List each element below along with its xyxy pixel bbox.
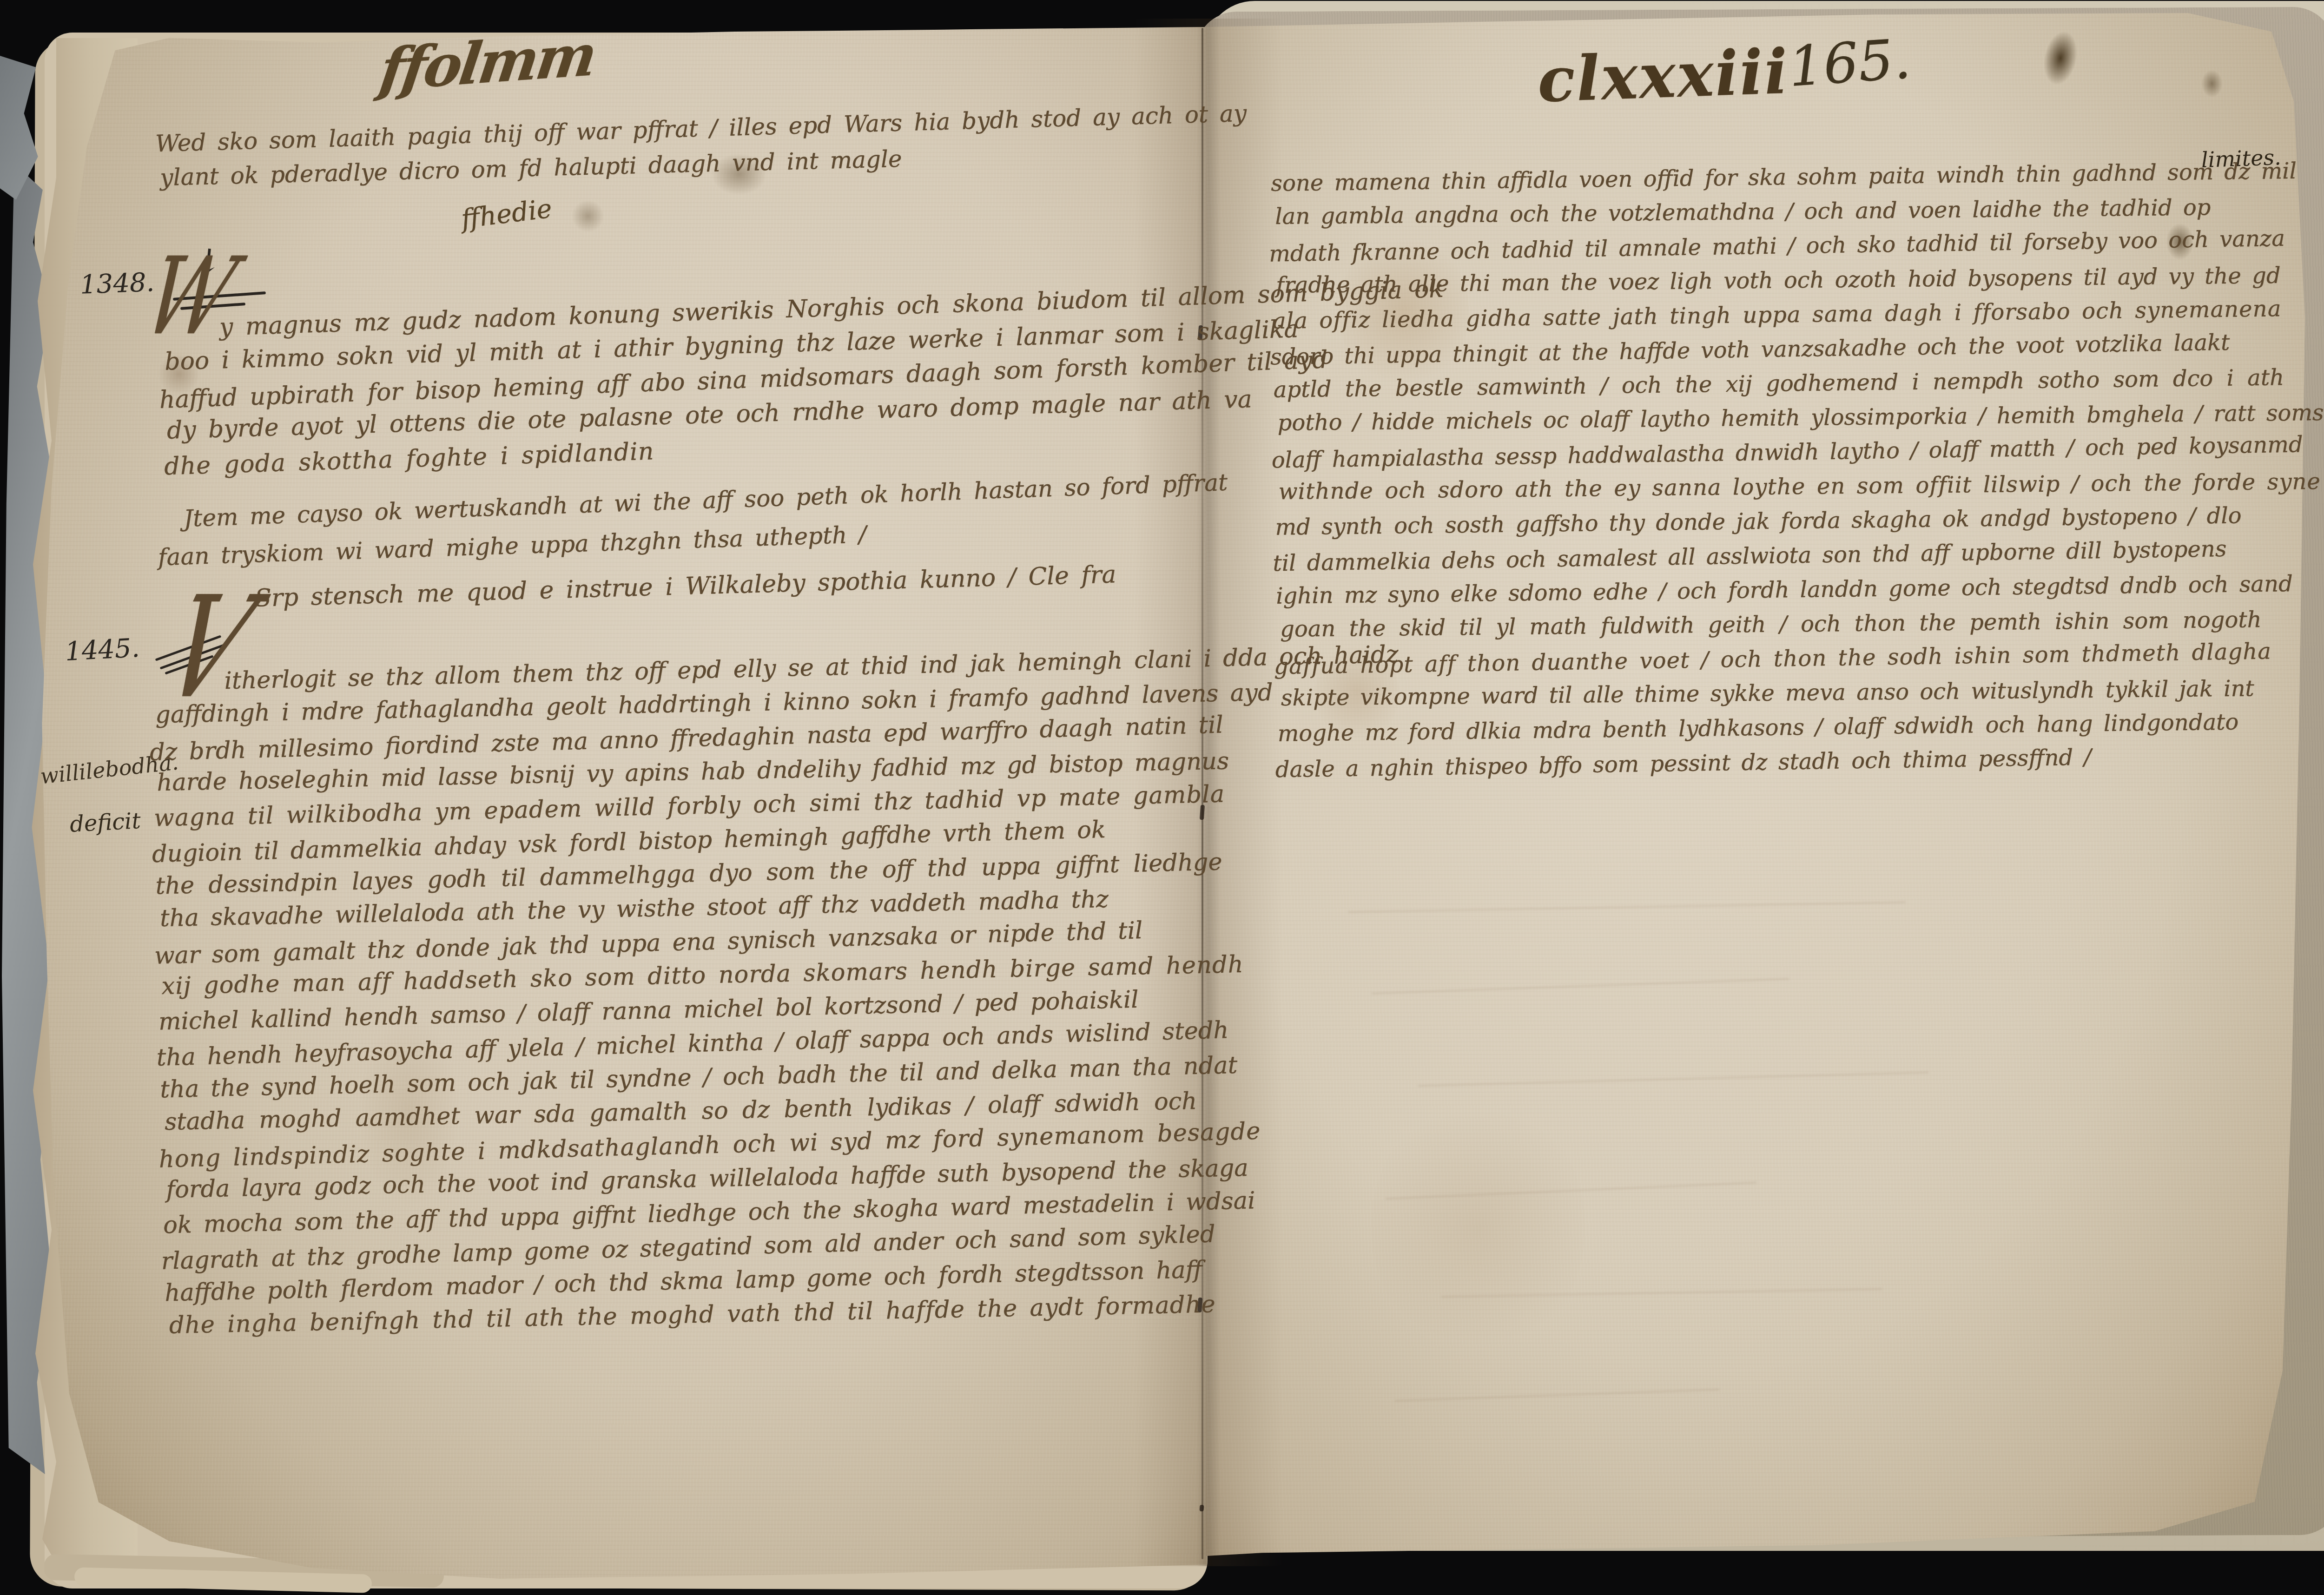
entry-1445-paragraph: itherlogit se thz allom them thz off epd… <box>151 638 1413 1345</box>
margin-year-1348: 1348. <box>79 267 155 300</box>
margin-latin-note: deficit <box>69 808 141 837</box>
folio-number-arabic: 165. <box>1787 26 1913 99</box>
folio-number-roman: clxxxiii <box>1536 36 1790 117</box>
spine-stitch <box>1200 1505 1204 1512</box>
manuscript-photo: ffolmm Wed sko som laaith pagia thij off… <box>0 0 2324 1595</box>
margin-year-1445: 1445. <box>64 633 140 667</box>
binding-cloth-corner <box>0 56 40 200</box>
right-page-paragraph: sone mamena thin affidla voen offid for … <box>1271 153 2324 785</box>
